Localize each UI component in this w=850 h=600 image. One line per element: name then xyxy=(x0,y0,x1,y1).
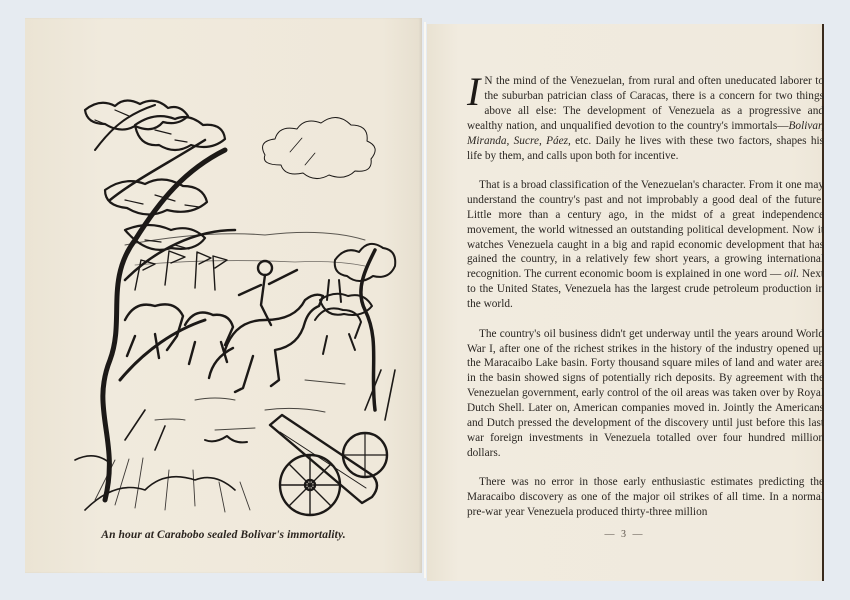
paragraph-4: There was no error in those early enthus… xyxy=(467,475,824,520)
paragraph-text: That is a broad classification of the Ve… xyxy=(467,179,824,280)
left-page: An hour at Carabobo sealed Bolivar's imm… xyxy=(25,18,422,573)
illustration-caption: An hour at Carabobo sealed Bolivar's imm… xyxy=(25,529,422,541)
paragraph-text: N the mind of the Venezuelan, from rural… xyxy=(467,75,824,132)
cannon-icon xyxy=(270,415,387,515)
cavalry-charge xyxy=(125,251,233,364)
rearing-horse-rider xyxy=(209,261,323,392)
paragraph-1: IN the mind of the Venezuelan, from rura… xyxy=(467,74,824,163)
paragraph-2: That is a broad classification of the Ve… xyxy=(467,178,824,312)
book-gutter xyxy=(424,22,426,578)
paragraph-3: The country's oil business didn't get un… xyxy=(467,327,824,461)
battle-illustration xyxy=(65,80,405,535)
body-text: IN the mind of the Venezuelan, from rura… xyxy=(467,74,824,534)
paragraph-text: The country's oil business didn't get un… xyxy=(467,328,824,459)
page-number: — 3 — xyxy=(427,529,822,540)
drop-cap: I xyxy=(467,76,480,108)
right-tree xyxy=(361,250,375,410)
distant-hills xyxy=(125,232,365,245)
italic-word: oil. xyxy=(784,268,799,280)
cloud-icon xyxy=(263,117,376,178)
paragraph-text: There was no error in those early enthus… xyxy=(467,476,824,518)
right-page: IN the mind of the Venezuelan, from rura… xyxy=(427,24,824,581)
